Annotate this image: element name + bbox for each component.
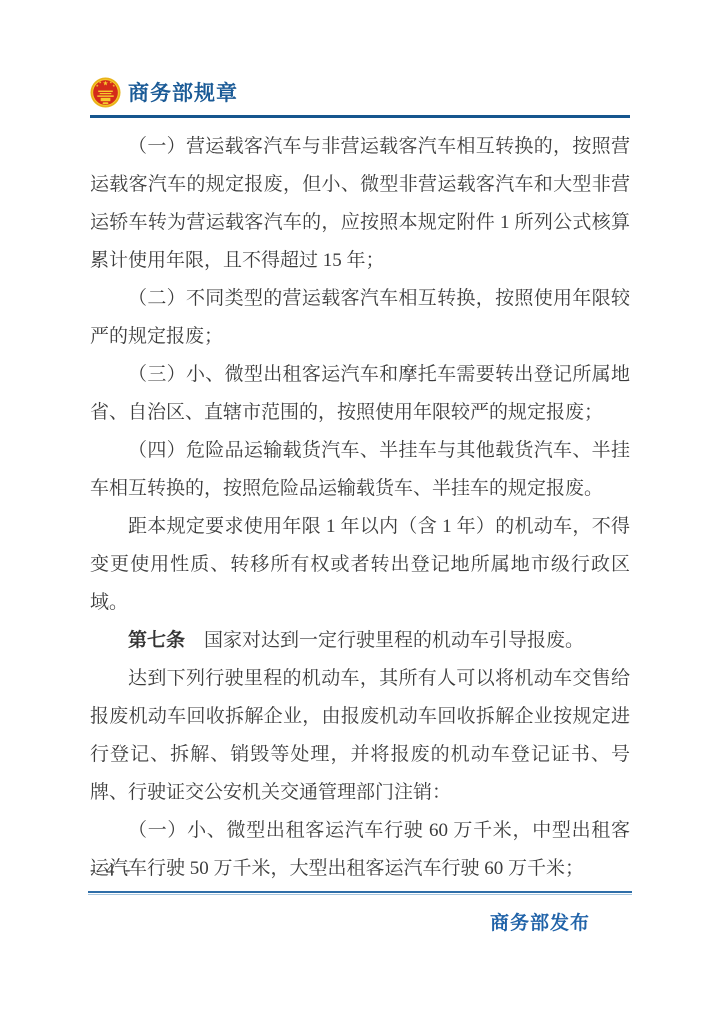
paragraph: 距本规定要求使用年限 1 年以内（含 1 年）的机动车，不得变更使用性质、转移所… bbox=[90, 508, 630, 622]
header-rule bbox=[90, 115, 630, 118]
page-number: - 4 - bbox=[90, 860, 133, 880]
paragraph: （一）营运载客汽车与非营运载客汽车相互转换的，按照营运载客汽车的规定报废，但小、… bbox=[90, 128, 630, 280]
paragraph: （二）不同类型的营运载客汽车相互转换，按照使用年限较严的规定报废； bbox=[90, 280, 630, 356]
footer-rule bbox=[88, 891, 632, 895]
paragraph: （三）小、微型出租客运汽车和摩托车需要转出登记所属地省、自治区、直辖市范围的，按… bbox=[90, 356, 630, 432]
paragraph: 第七条 国家对达到一定行驶里程的机动车引导报废。 bbox=[90, 622, 630, 660]
paragraph: 达到下列行驶里程的机动车，其所有人可以将机动车交售给报废机动车回收拆解企业，由报… bbox=[90, 660, 630, 812]
header-title: 商务部规章 bbox=[128, 77, 238, 107]
china-national-emblem-icon bbox=[90, 77, 121, 108]
publisher-label: 商务部发布 bbox=[490, 908, 590, 935]
paragraph: （一）小、微型出租客运汽车行驶 60 万千米，中型出租客运汽车行驶 50 万千米… bbox=[90, 812, 630, 888]
document-page: 商务部规章 （一）营运载客汽车与非营运载客汽车相互转换的，按照营运载客汽车的规定… bbox=[0, 0, 716, 1013]
article-heading: 第七条 bbox=[128, 630, 185, 651]
document-body: （一）营运载客汽车与非营运载客汽车相互转换的，按照营运载客汽车的规定报废，但小、… bbox=[90, 128, 630, 888]
document-header: 商务部规章 bbox=[90, 75, 238, 109]
paragraph: （四）危险品运输载货汽车、半挂车与其他载货汽车、半挂车相互转换的，按照危险品运输… bbox=[90, 432, 630, 508]
